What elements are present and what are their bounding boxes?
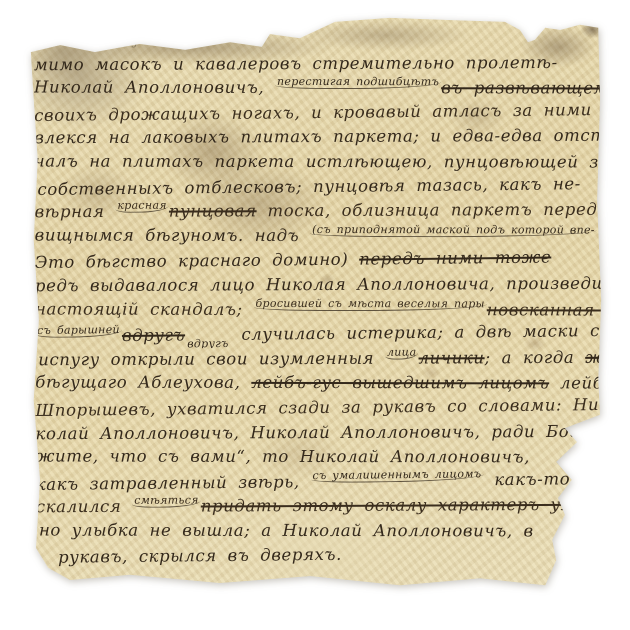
- handwritten-text: случилась истерика; а двѣ маски съ: [230, 321, 601, 344]
- handwritten-text: редъ выдавалося лицо Николая Аполлонович…: [35, 274, 601, 296]
- manuscript-paper: -·· ‐‐ · ·· у ƒ · ‐‐ ··-мимо масокъ и ка…: [28, 12, 604, 594]
- struck-text: же: [585, 347, 601, 366]
- handwritten-text: скалился: [36, 497, 132, 516]
- manuscript-line: Николай Аполлоновичъ, перестигая подшибц…: [34, 76, 600, 102]
- handwritten-text: стремительно пролетѣ-: [312, 53, 557, 73]
- struck-text: придать этому оскалу характеръ улы-: [201, 495, 592, 516]
- handwritten-text: вѣрная: [35, 202, 116, 221]
- handwritten-text: какъ затравленный звѣрь,: [36, 472, 311, 494]
- handwritten-text: лейбъ-гусаръ: [549, 374, 601, 393]
- manuscript-line: настоящій скандалъ; бросившей съ мѣста в…: [35, 297, 601, 323]
- inserted-text: съ умалишеннымъ лицомъ: [310, 469, 483, 483]
- inserted-text: смѣяться: [132, 496, 201, 508]
- handwritten-text: испугу открыли свои изумленныя: [38, 348, 385, 369]
- handwritten-text: мимо масокъ и кавалеровъ: [34, 54, 313, 74]
- handwritten-text: вищнымся бѣгуномъ. надъ: [35, 225, 311, 244]
- struck-text: пунцовая: [169, 201, 257, 220]
- handwritten-text: чалъ на плитахъ паркета истлѣющею, пунцо…: [34, 151, 600, 171]
- struck-text: личики: [418, 348, 484, 367]
- handwritten-text: колай Аполлоновичъ, Николай Аполлоновичъ…: [35, 421, 601, 443]
- handwritten-text: рукавъ, скрылся въ дверяхъ.: [58, 545, 342, 567]
- struck-text: лейбъ-гус вышедшимъ лицомъ: [251, 373, 549, 393]
- handwritten-text: настоящій скандалъ;: [35, 299, 254, 318]
- handwritten-text: жите, что съ вами“, то Николай Аполлонов…: [36, 447, 530, 467]
- struck-text: передъ ними тоже: [359, 248, 551, 269]
- handwritten-text: Николай Аполлоновичъ,: [34, 78, 275, 97]
- struck-text: новсканная пораза парой: [487, 300, 601, 319]
- handwritten-text: какъ-то жалко оскалил.: [483, 467, 602, 489]
- inserted-text: красная: [115, 201, 169, 213]
- inserted-text: перестигая подшибцѣтъ: [275, 77, 441, 89]
- inserted-text: бросившей съ мѣста веселыя пары: [254, 298, 487, 310]
- handwritten-text: бѣгущаго Аблеухова,: [35, 373, 251, 392]
- manuscript-line: бѣгущаго Аблеухова, лейбъ-гус вышедшимъ …: [35, 371, 601, 397]
- manuscript-line: скалился смѣятьсяпридать этому оскалу ха…: [36, 493, 602, 520]
- manuscript-line: жите, что съ вами“, то Николай Аполлонов…: [36, 445, 602, 471]
- handwritten-text: собственныхъ отблесковъ; пунцовѣя тазась…: [37, 174, 581, 199]
- struck-text: въ развѣвающемся своемъ образѣ: [441, 78, 600, 98]
- handwritten-text: Это бѣгство краснаго домино): [35, 250, 360, 272]
- manuscript-line: чалъ на плитахъ паркета истлѣющею, пунцо…: [34, 149, 600, 175]
- inserted-text: лица: [385, 347, 419, 359]
- manuscript-line: испугу открыли свои изумленныя лицаличик…: [35, 345, 601, 372]
- manuscript-line: редъ выдавалося лицо Николая Аполлонович…: [35, 272, 601, 299]
- handwritten-text: -·· ‐‐ · ·· у ƒ · ‐‐ ··-: [34, 32, 201, 50]
- manuscript-line: вѣрная краснаяпунцовая тоска, облизница …: [35, 198, 601, 225]
- handwritten-text: Шпорышевъ, ухватился сзади за рукавъ со …: [35, 395, 601, 420]
- handwritten-text: своихъ дрожащихъ ногахъ, и кровавый атла…: [34, 100, 592, 125]
- manuscript-line: мимо масокъ и кавалеровъ стремительно пр…: [34, 50, 600, 77]
- manuscript-paper-wrap: -·· ‐‐ · ·· у ƒ · ‐‐ ··-мимо масокъ и ка…: [28, 12, 604, 594]
- manuscript-line: колай Аполлоновичъ, Николай Аполлоновичъ…: [35, 419, 601, 446]
- handwritten-text: тоска, облизница паркетъ передъ чудо-: [257, 200, 601, 221]
- handwritten-text: ; а когда: [485, 348, 586, 367]
- struck-text: вдругъ: [122, 326, 185, 346]
- handwritten-text: влекся на лаковыхъ плитахъ паркета; и ед…: [34, 126, 600, 148]
- manuscript-text: -·· ‐‐ · ·· у ƒ · ‐‐ ··-мимо масокъ и ка…: [34, 26, 602, 595]
- inserted-text: (съ приподнятой маской подъ которой впе-: [310, 225, 597, 238]
- handwritten-text: но улыбка не вышла; а Николай Аполлонови…: [39, 520, 534, 540]
- inserted-text: съ барышней: [35, 325, 122, 338]
- manuscript-line: рукавъ, скрылся въ дверяхъ.: [36, 541, 602, 572]
- manuscript-line: влекся на лаковыхъ плитахъ паркета; и ед…: [34, 124, 600, 151]
